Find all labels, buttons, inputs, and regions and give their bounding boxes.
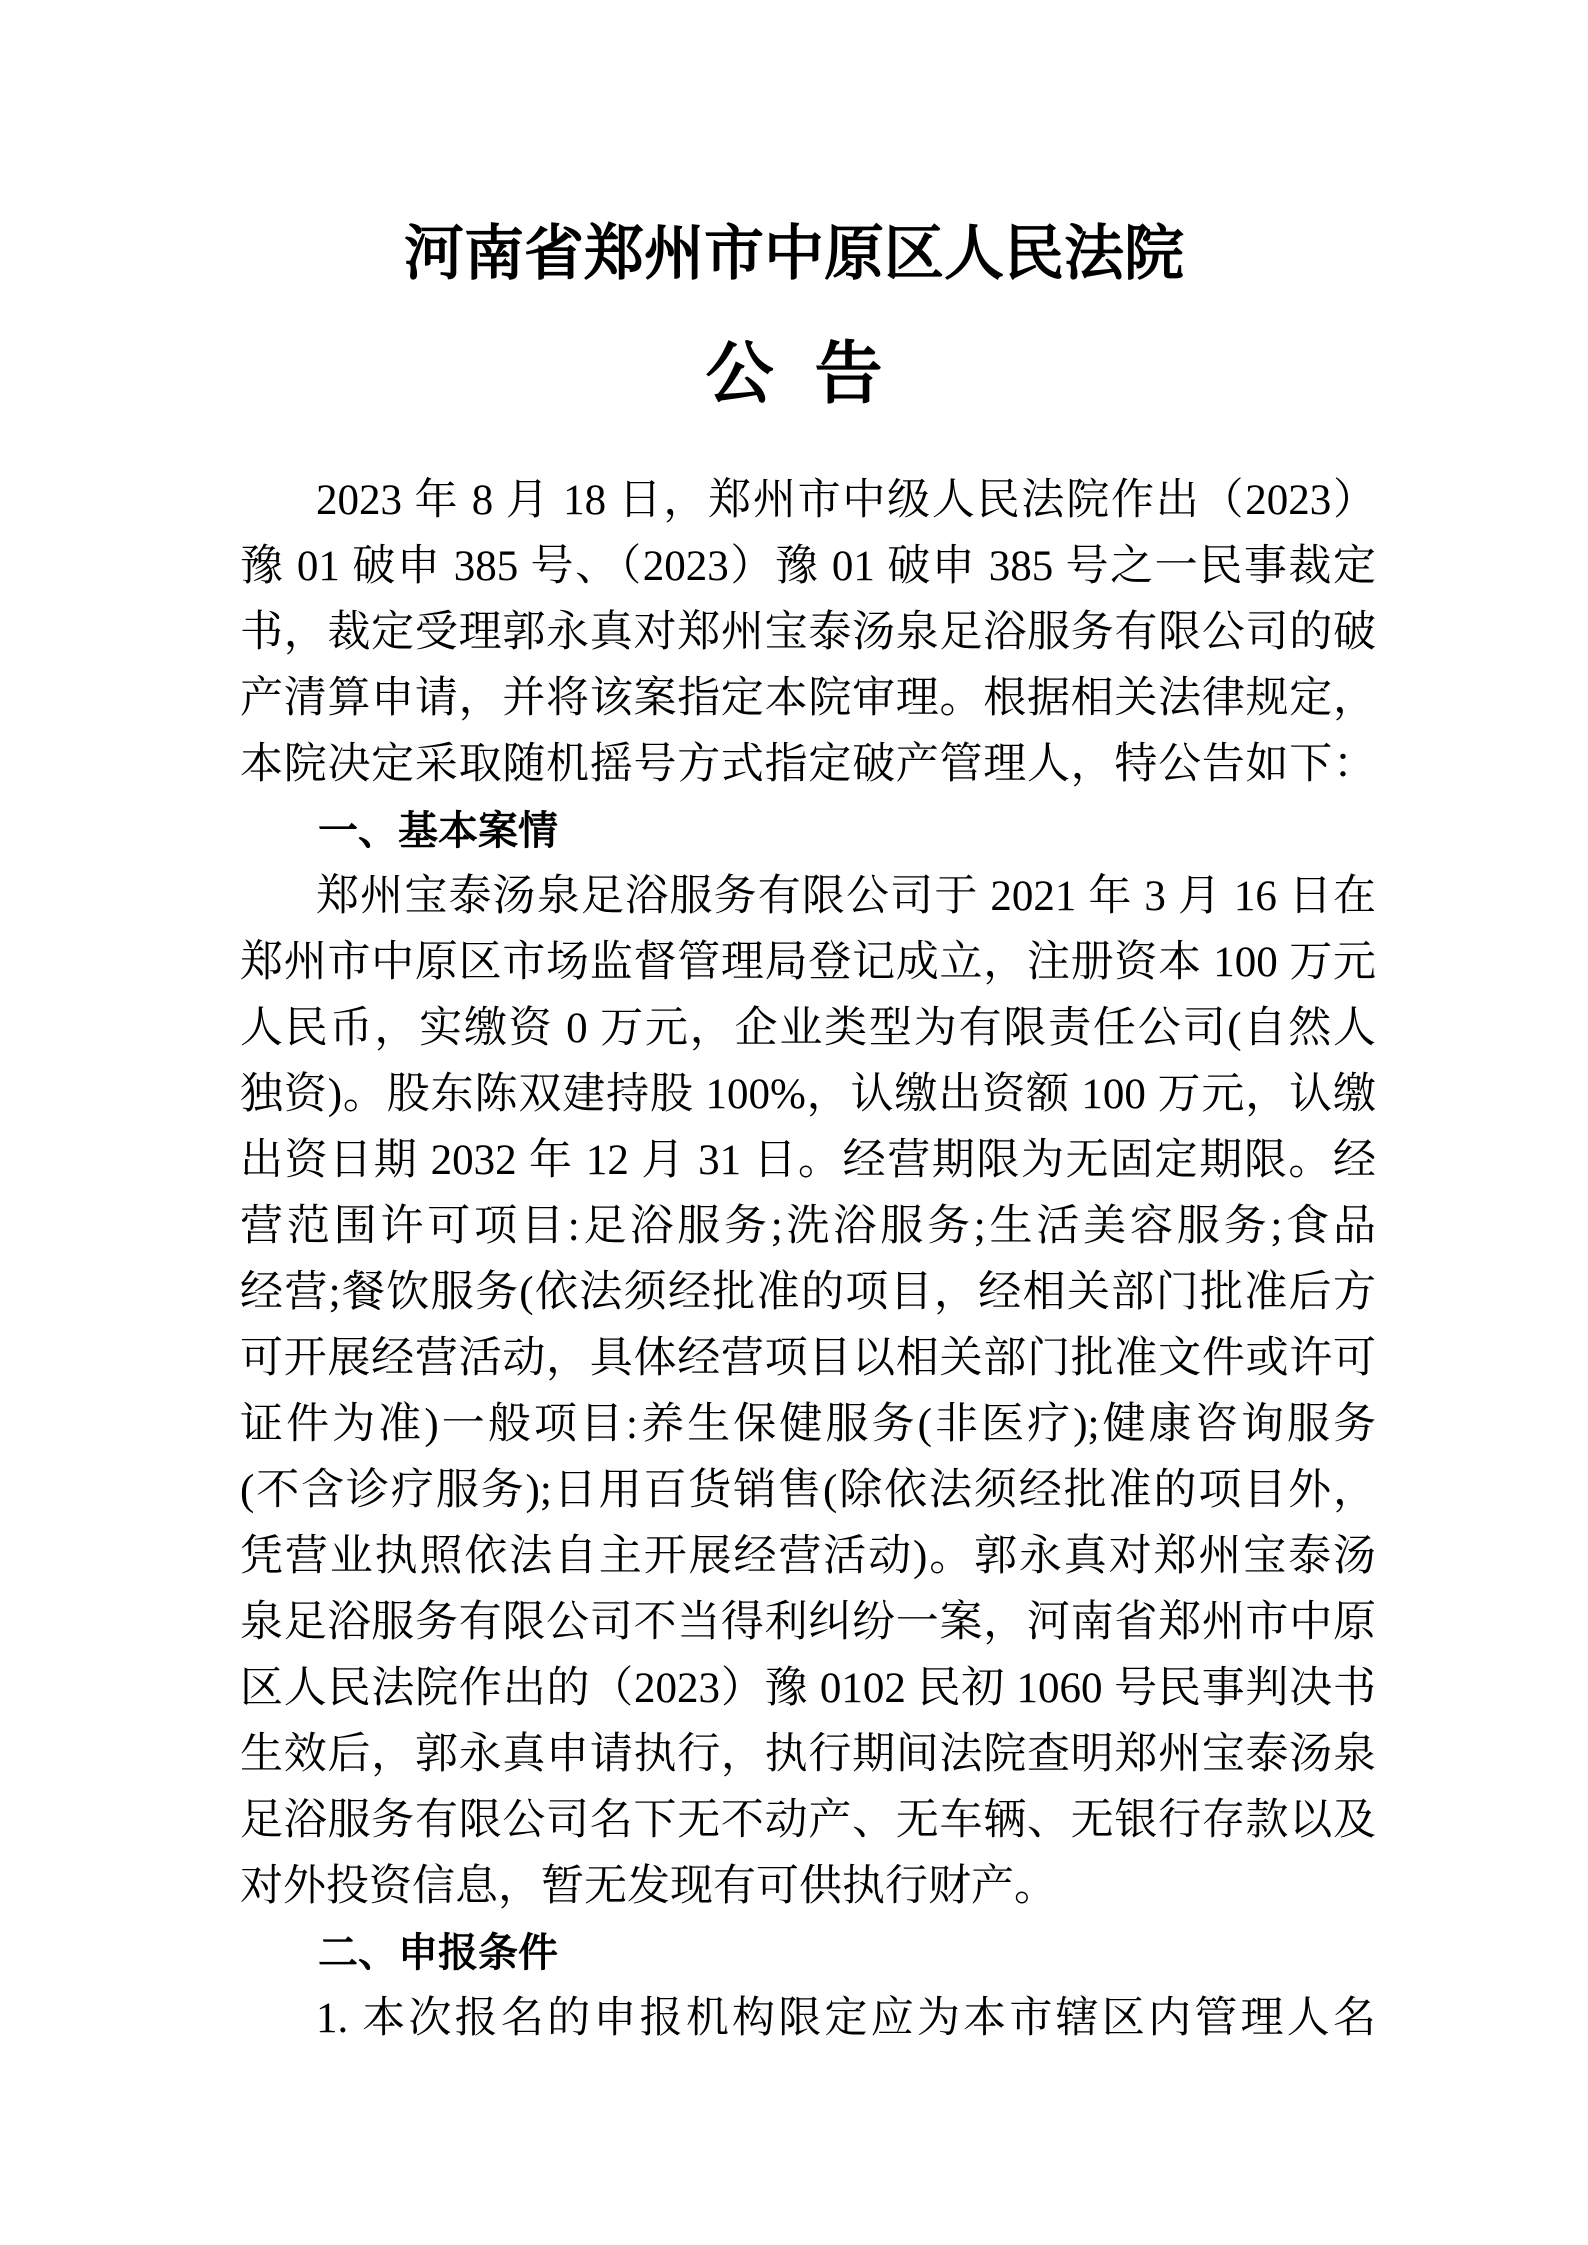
- text-line: 可开展经营活动，具体经营项目以相关部门批准文件或许可: [240, 1326, 1376, 1392]
- text-line: 书，裁定受理郭永真对郑州宝泰汤泉足浴服务有限公司的破: [240, 600, 1376, 666]
- text-line: 证件为准)一般项目:养生保健服务(非医疗);健康咨询服务: [240, 1392, 1376, 1458]
- text-line: (不含诊疗服务);日用百货销售(除依法须经批准的项目外，: [240, 1458, 1376, 1524]
- text-line: 凭营业执照依法自主开展经营活动)。郭永真对郑州宝泰汤: [240, 1524, 1376, 1590]
- text-line: 对外投资信息，暂无发现有可供执行财产。: [240, 1854, 1376, 1920]
- text-line: 泉足浴服务有限公司不当得利纠纷一案，河南省郑州市中原: [240, 1590, 1376, 1656]
- text-line: 人民币，实缴资 0 万元，企业类型为有限责任公司(自然人: [240, 996, 1376, 1062]
- text-line: 营范围许可项目:足浴服务;洗浴服务;生活美容服务;食品: [240, 1194, 1376, 1260]
- text-line: 本院决定采取随机摇号方式指定破产管理人，特公告如下：: [240, 732, 1376, 798]
- text-line: 经营;餐饮服务(依法须经批准的项目，经相关部门批准后方: [240, 1260, 1376, 1326]
- text-line: 生效后，郭永真申请执行，执行期间法院查明郑州宝泰汤泉: [240, 1722, 1376, 1788]
- text-line: 区人民法院作出的（2023）豫 0102 民初 1060 号民事判决书: [240, 1656, 1376, 1722]
- text-line: 郑州市中原区市场监督管理局登记成立，注册资本 100 万元: [240, 930, 1376, 996]
- document-body: 2023 年 8 月 18 日，郑州市中级人民法院作出（2023） 豫 01 破…: [240, 468, 1376, 2052]
- text-line: 1. 本次报名的申报机构限定应为本市辖区内管理人名: [240, 1986, 1376, 2052]
- section-heading-basic-facts: 一、基本案情: [240, 798, 1376, 864]
- text-line: 独资)。股东陈双建持股 100%，认缴出资额 100 万元，认缴: [240, 1062, 1376, 1128]
- doc-title: 公 告: [0, 340, 1588, 408]
- text-line: 出资日期 2032 年 12 月 31 日。经营期限为无固定期限。经: [240, 1128, 1376, 1194]
- text-line: 郑州宝泰汤泉足浴服务有限公司于 2021 年 3 月 16 日在: [240, 864, 1376, 930]
- text-line: 产清算申请，并将该案指定本院审理。根据相关法律规定，: [240, 666, 1376, 732]
- text-line: 足浴服务有限公司名下无不动产、无车辆、无银行存款以及: [240, 1788, 1376, 1854]
- text-line: 2023 年 8 月 18 日，郑州市中级人民法院作出（2023）: [240, 468, 1376, 534]
- text-line: 豫 01 破申 385 号、（2023）豫 01 破申 385 号之一民事裁定: [240, 534, 1376, 600]
- section-heading-application-conditions: 二、申报条件: [240, 1920, 1376, 1986]
- court-title: 河南省郑州市中原区人民法院: [0, 224, 1588, 284]
- document-page: 河南省郑州市中原区人民法院 公 告 2023 年 8 月 18 日，郑州市中级人…: [0, 0, 1588, 2245]
